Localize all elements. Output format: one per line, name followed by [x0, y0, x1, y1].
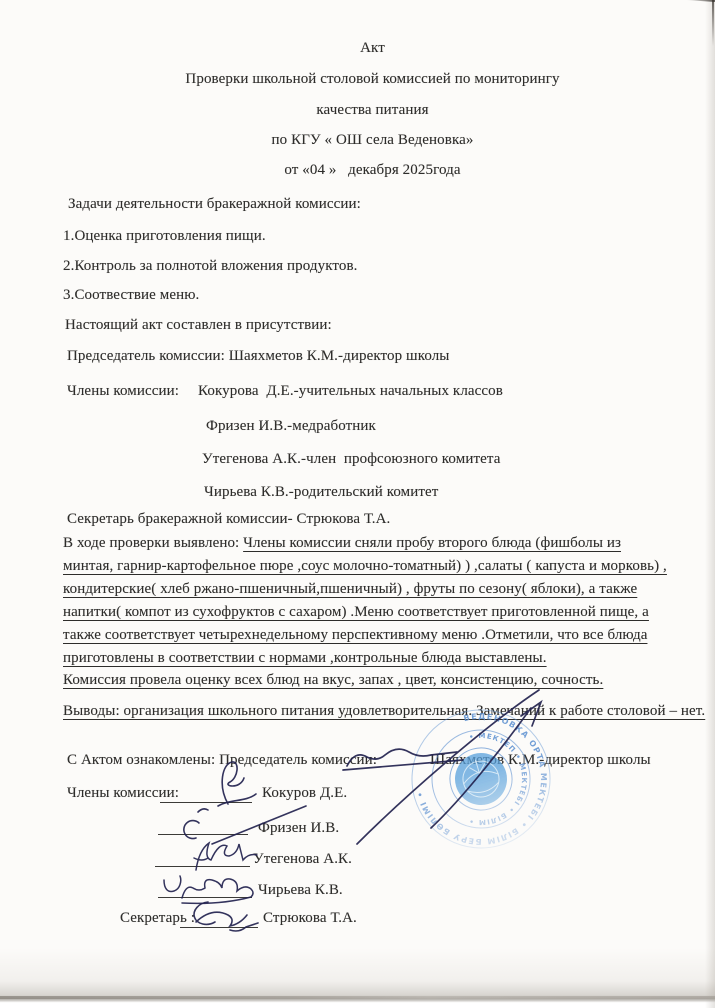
findings-intro: В ходе проверки выявлено:	[63, 535, 243, 551]
tasks-title: Задачи деятельности бракеражной комиссии…	[68, 196, 361, 213]
member-1: Кокурова Д.Е.-учительных начальных класс…	[198, 383, 503, 400]
scan-corner-mark-vertical	[712, 0, 714, 46]
findings-paragraph: В ходе проверки выявлено: Члены комиссии…	[63, 532, 673, 670]
scan-paper-edge	[0, 996, 715, 999]
scan-right-shadow	[705, 0, 715, 1008]
chairman-signature	[335, 678, 565, 853]
task-item-1: 1.Оценка приготовления пищи.	[63, 228, 266, 245]
member-signature-1	[200, 756, 262, 808]
secretary-line: Секретарь бракеражной комиссии- Стрюкова…	[67, 511, 390, 528]
secretary-signature	[178, 894, 270, 936]
findings-body: Члены комиссии сняли пробу второго блюда…	[63, 535, 667, 666]
ack-sign-name-4: Чирьева К.В.	[258, 882, 343, 899]
members-label: Члены комиссии:	[67, 383, 179, 400]
doc-title: Акт	[30, 40, 715, 57]
doc-organization: по КГУ « ОШ села Веденовка»	[30, 132, 715, 149]
doc-subtitle-1: Проверки школьной столовой комиссией по …	[30, 71, 715, 88]
doc-subtitle-2: качества питания	[30, 102, 715, 119]
task-item-3: 3.Соотвествие меню.	[63, 287, 199, 304]
scan-bottom-shadow	[0, 948, 715, 1008]
doc-date: от «04 » декабря 2025года	[30, 162, 715, 179]
member-3: Утегенова А.К.-член профсоюзного комитет…	[202, 451, 500, 468]
presence-intro: Настоящий акт составлен в присутствии:	[65, 317, 332, 334]
scanned-act-document: Акт Проверки школьной столовой комиссией…	[0, 0, 715, 1008]
ack-members-label: Члены комиссии:	[67, 785, 179, 802]
task-item-2: 2.Контроль за полнотой вложения продукто…	[63, 258, 358, 275]
member-2: Фризен И.В.-медработник	[206, 418, 376, 435]
ack-secretary-name: Стрюкова Т.А.	[263, 910, 357, 927]
member-signature-3	[188, 838, 268, 876]
chairman-line: Председатель комиссии: Шаяхметов К.М.-ди…	[67, 348, 450, 365]
member-4: Чирьева К.В.-родительский комитет	[204, 484, 438, 501]
scan-corner-mark-horizontal	[685, 0, 715, 2]
